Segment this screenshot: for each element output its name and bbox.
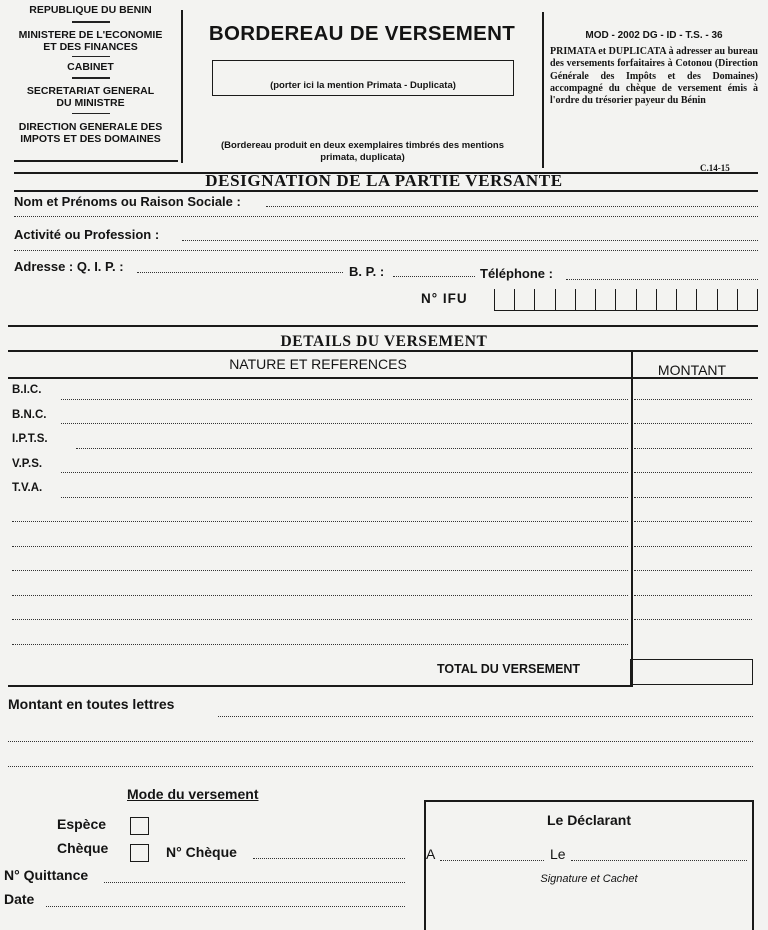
model-code: MOD - 2002 DG - ID - T.S. - 36 (548, 30, 760, 41)
column-header-montant: MONTANT (632, 362, 752, 378)
ifu-digit-box[interactable] (676, 289, 696, 310)
header-line: IMPOTS ET DES DOMAINES (8, 133, 173, 145)
section-title-details: DETAILS DU VERSEMENT (0, 333, 768, 351)
date-signature-label: Le (550, 846, 566, 862)
header-line: DIRECTION GENERALE DES (8, 121, 173, 133)
header-direction: DIRECTION GENERALE DES IMPOTS ET DES DOM… (8, 121, 173, 145)
nom-field-continued[interactable] (14, 216, 758, 217)
signature-label: Signature et Cachet (424, 873, 754, 885)
section-divider (8, 325, 758, 327)
row-label: B.I.C. (12, 384, 41, 396)
divider (72, 77, 110, 79)
montant-field[interactable] (634, 619, 752, 620)
adresse-label: Adresse : Q. I. P. : (14, 259, 124, 274)
header-cabinet: CABINET (8, 61, 173, 73)
exemplaires-note: (Bordereau produit en deux exemplaires t… (190, 140, 535, 164)
adresse-field[interactable] (137, 272, 343, 273)
divider (542, 12, 544, 168)
espece-checkbox[interactable] (130, 817, 149, 835)
bp-label: B. P. : (349, 264, 384, 279)
ifu-digit-box[interactable] (656, 289, 676, 310)
ifu-label: N° IFU (421, 291, 468, 306)
table-row: I.P.T.S. (8, 430, 758, 455)
table-row: B.I.C. (8, 381, 758, 406)
signature-area[interactable] (440, 890, 740, 928)
montant-field[interactable] (634, 595, 752, 596)
header-line: REPUBLIQUE DU BENIN (8, 4, 173, 16)
montant-field[interactable] (634, 521, 752, 522)
table-header-divider (8, 377, 758, 379)
telephone-field[interactable] (566, 279, 758, 280)
ifu-digit-box[interactable] (696, 289, 716, 310)
ifu-digit-box[interactable] (636, 289, 656, 310)
ifu-digit-box[interactable] (534, 289, 554, 310)
header-line: CABINET (8, 61, 173, 73)
cheque-checkbox[interactable] (130, 844, 149, 862)
ifu-digit-box[interactable] (595, 289, 615, 310)
nature-field[interactable] (12, 619, 628, 620)
nature-field[interactable] (12, 546, 628, 547)
table-row (8, 553, 758, 578)
header-line: ET DES FINANCES (8, 41, 173, 53)
nature-field[interactable] (61, 497, 628, 498)
row-label: I.P.T.S. (12, 433, 48, 445)
declarant-title: Le Déclarant (424, 812, 754, 828)
total-label: TOTAL DU VERSEMENT (437, 662, 580, 676)
nature-field[interactable] (12, 595, 628, 596)
date-signature-field[interactable] (571, 860, 747, 861)
row-label: B.N.C. (12, 409, 47, 421)
section-title-partie-versante: DESIGNATION DE LA PARTIE VERSANTE (0, 171, 768, 191)
table-row (8, 602, 758, 627)
total-field[interactable] (630, 659, 753, 685)
montant-field[interactable] (634, 448, 752, 449)
note-line: (Bordereau produit en deux exemplaires t… (190, 140, 535, 152)
divider (72, 56, 110, 58)
quittance-field[interactable] (104, 882, 405, 883)
date-label: Date (4, 891, 34, 907)
mention-hint: (porter ici la mention Primata - Duplica… (212, 80, 514, 91)
divider (72, 21, 110, 23)
header-line: SECRETARIAT GENERAL (8, 85, 173, 97)
montant-field[interactable] (634, 472, 752, 473)
montant-lettres-label: Montant en toutes lettres (8, 696, 174, 712)
nom-field[interactable] (266, 206, 758, 207)
lieu-label: A (426, 846, 435, 862)
divider (72, 113, 110, 115)
section-divider (14, 190, 758, 192)
espece-label: Espèce (57, 816, 106, 832)
montant-lettres-field-line3[interactable] (8, 766, 753, 767)
ifu-input[interactable] (494, 289, 758, 311)
activite-label: Activité ou Profession : (14, 227, 159, 242)
montant-field[interactable] (634, 423, 752, 424)
lieu-field[interactable] (440, 860, 544, 861)
header-ministere: MINISTERE DE L'ECONOMIE ET DES FINANCES (8, 29, 173, 53)
section-divider (8, 350, 758, 352)
mode-title: Mode du versement (127, 786, 258, 802)
table-bottom-divider (8, 685, 632, 687)
bp-field[interactable] (393, 276, 475, 277)
form-title: BORDEREAU DE VERSEMENT (182, 22, 542, 46)
no-cheque-label: N° Chèque (166, 844, 237, 860)
montant-field[interactable] (634, 546, 752, 547)
nature-field[interactable] (76, 448, 628, 449)
ifu-digit-box[interactable] (615, 289, 635, 310)
ifu-digit-box[interactable] (575, 289, 595, 310)
header-republique: REPUBLIQUE DU BENIN (8, 4, 173, 16)
montant-lettres-field-line2[interactable] (8, 741, 753, 742)
nature-field[interactable] (61, 423, 628, 424)
montant-field[interactable] (634, 570, 752, 571)
table-row: V.P.S. (8, 455, 758, 480)
table-row (8, 504, 758, 529)
header-secretariat: SECRETARIAT GENERAL DU MINISTRE (8, 85, 173, 109)
montant-lettres-field[interactable] (218, 716, 753, 717)
ifu-digit-box[interactable] (717, 289, 737, 310)
date-field[interactable] (46, 906, 405, 907)
activite-field[interactable] (182, 240, 758, 241)
nature-field[interactable] (12, 570, 628, 571)
ifu-digit-box[interactable] (737, 289, 758, 310)
header-line: DU MINISTRE (8, 97, 173, 109)
primata-note: PRIMATA et DUPLICATA à adresser au burea… (550, 46, 758, 107)
table-row (8, 577, 758, 602)
administration-header: REPUBLIQUE DU BENIN MINISTERE DE L'ECONO… (8, 4, 173, 145)
ifu-digit-box[interactable] (514, 289, 534, 310)
divider (14, 160, 178, 162)
nature-field[interactable] (61, 472, 628, 473)
cheque-label: Chèque (57, 840, 108, 856)
quittance-label: N° Quittance (4, 867, 88, 883)
no-cheque-field[interactable] (253, 858, 405, 859)
nom-label: Nom et Prénoms ou Raison Sociale : (14, 194, 241, 209)
telephone-label: Téléphone : (480, 266, 553, 281)
montant-field[interactable] (634, 399, 752, 400)
nature-field[interactable] (12, 644, 628, 645)
activite-field-continued[interactable] (14, 250, 758, 251)
note-line: primata, duplicata) (190, 152, 535, 164)
table-row: T.V.A. (8, 479, 758, 504)
montant-field[interactable] (634, 497, 752, 498)
table-row (8, 626, 758, 651)
table-row: B.N.C. (8, 406, 758, 431)
row-label: V.P.S. (12, 458, 42, 470)
table-row (8, 528, 758, 553)
row-label: T.V.A. (12, 482, 42, 494)
column-header-nature: NATURE ET REFERENCES (8, 356, 628, 372)
nature-field[interactable] (61, 399, 628, 400)
header-line: MINISTERE DE L'ECONOMIE (8, 29, 173, 41)
ifu-digit-box[interactable] (555, 289, 575, 310)
nature-field[interactable] (12, 521, 628, 522)
ifu-digit-box[interactable] (494, 289, 514, 310)
